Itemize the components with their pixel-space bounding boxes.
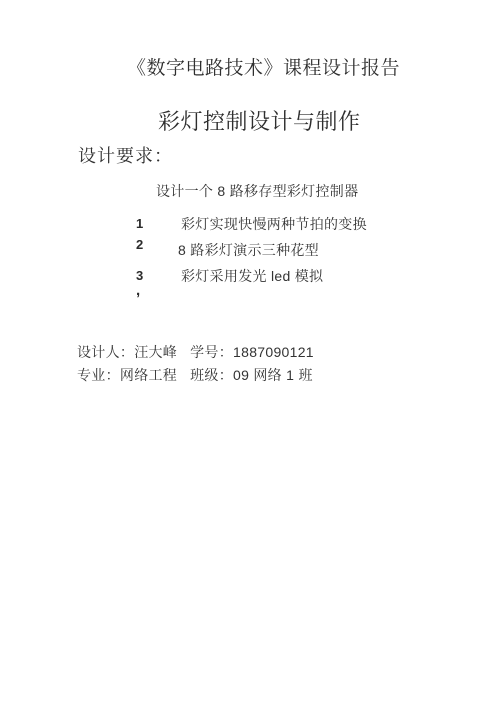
student-id-value: 1887090121 bbox=[233, 344, 314, 361]
class-label: 班级： bbox=[190, 369, 233, 386]
list-item-number: 2 bbox=[136, 237, 143, 253]
student-id-label: 学号： bbox=[190, 346, 233, 363]
footer-major-row: 专业： 网络工程 班级： 09 网络 1 班 bbox=[77, 367, 313, 386]
requirements-heading: 设计要求： bbox=[78, 146, 173, 168]
list-item-text: 8 路彩灯演示三种花型 bbox=[178, 242, 319, 259]
document-page: 《数字电路技术》课程设计报告 彩灯控制设计与制作 设计要求： 设计一个 8 路移… bbox=[0, 0, 500, 707]
trailing-comma-mark: , bbox=[136, 282, 140, 300]
list-item-text: 彩灯采用发光 led 模拟 bbox=[181, 268, 323, 285]
class-value: 09 网络 1 班 bbox=[233, 367, 313, 384]
report-subtitle: 彩灯控制设计与制作 bbox=[158, 109, 361, 135]
major-value: 网络工程 bbox=[120, 369, 177, 386]
major-label: 专业： bbox=[77, 369, 120, 386]
list-item-number: 1 bbox=[136, 216, 143, 232]
designer-name: 汪大峰 bbox=[134, 346, 177, 363]
report-title: 《数字电路技术》课程设计报告 bbox=[127, 58, 400, 81]
list-item-text: 彩灯实现快慢两种节拍的变换 bbox=[181, 216, 367, 233]
requirements-summary: 设计一个 8 路移存型彩灯控制器 bbox=[156, 183, 358, 200]
designer-label: 设计人： bbox=[77, 346, 134, 363]
footer-designer-row: 设计人： 汪大峰 学号： 1887090121 bbox=[77, 344, 314, 363]
